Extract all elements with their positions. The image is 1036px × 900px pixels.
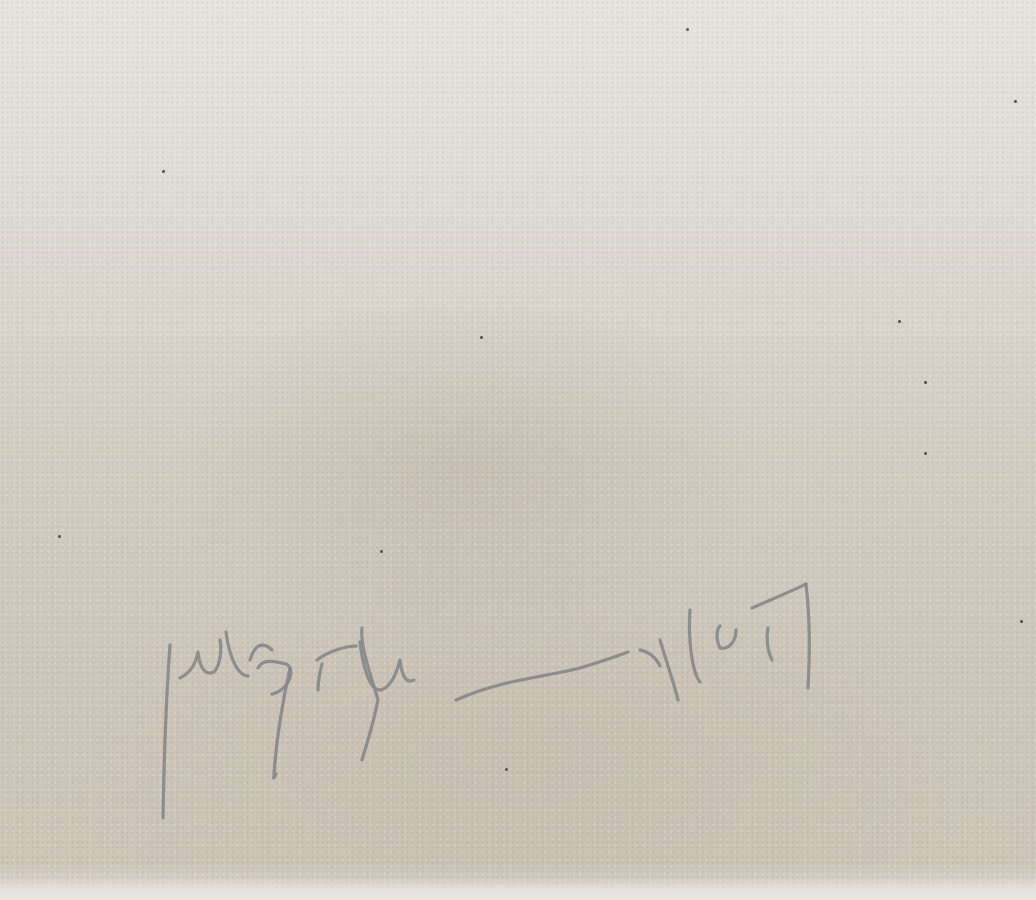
paper-sheet: Cursive Hebrew pencil signature, multipl…: [0, 0, 1036, 900]
handwritten-signature: [0, 0, 1036, 900]
deckled-paper-edge: [0, 878, 1036, 900]
